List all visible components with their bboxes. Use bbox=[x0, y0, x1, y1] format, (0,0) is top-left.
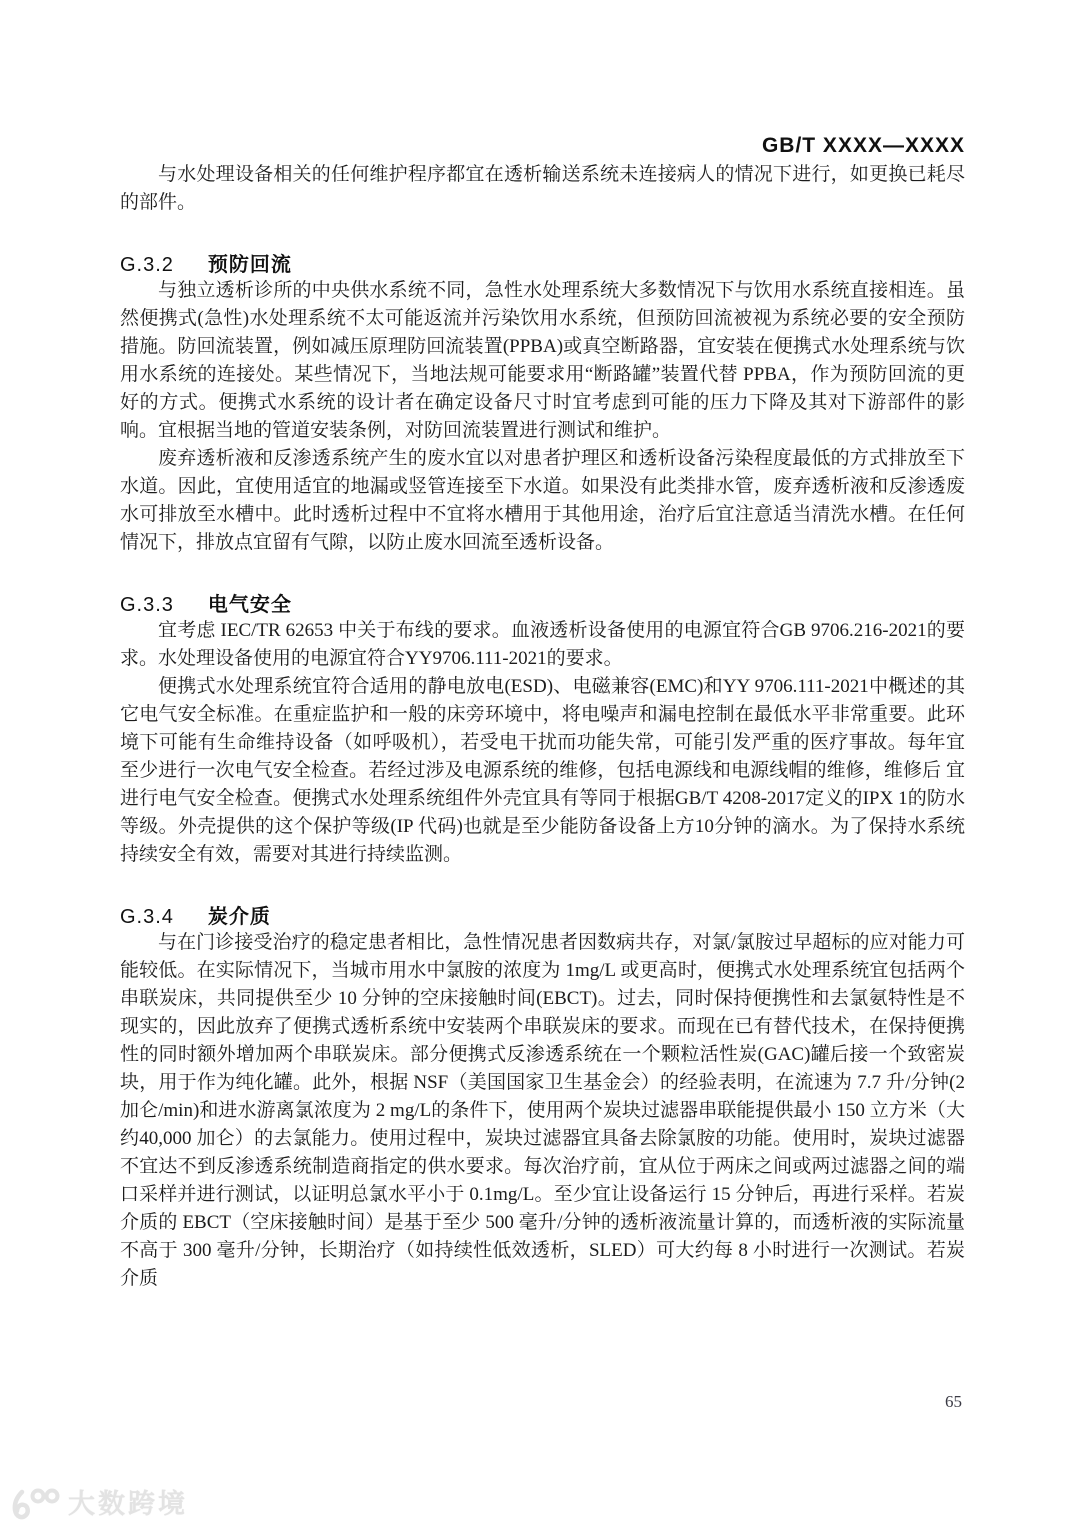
section-paragraph: 宜考虑 IEC/TR 62653 中关于布线的要求。血液透析设备使用的电源宜符合… bbox=[120, 617, 965, 673]
section-paragraph: 便携式水处理系统宜符合适用的静电放电(ESD)、电磁兼容(EMC)和YY 970… bbox=[120, 673, 965, 869]
section-heading-g33: G.3.3 电气安全 bbox=[120, 593, 965, 617]
section-title: 电气安全 bbox=[208, 593, 292, 617]
100-swoosh-logo-icon bbox=[8, 1486, 60, 1522]
section-heading-g34: G.3.4 炭介质 bbox=[120, 905, 965, 929]
watermark: 大数跨境 bbox=[8, 1486, 188, 1522]
standard-document-page: GB/T XXXX—XXXX 与水处理设备相关的任何维护程序都宜在透析输送系统未… bbox=[0, 0, 1080, 1527]
section-heading-g32: G.3.2 预防回流 bbox=[120, 253, 965, 277]
intro-paragraph: 与水处理设备相关的任何维护程序都宜在透析输送系统未连接病人的情况下进行，如更换已… bbox=[120, 161, 965, 217]
section-paragraph: 与独立透析诊所的中央供水系统不同，急性水处理系统大多数情况下与饮用水系统直接相连… bbox=[120, 277, 965, 445]
section-paragraph: 与在门诊接受治疗的稳定患者相比，急性情况患者因数病共存，对氯/氯胺过早超标的应对… bbox=[120, 929, 965, 1293]
section-number: G.3.4 bbox=[120, 905, 174, 929]
page-number: 65 bbox=[945, 1392, 962, 1412]
section-title: 炭介质 bbox=[208, 905, 271, 929]
section-paragraph: 废弃透析液和反渗透系统产生的废水宜以对患者护理区和透析设备污染程度最低的方式排放… bbox=[120, 445, 965, 557]
watermark-text: 大数跨境 bbox=[68, 1487, 188, 1521]
section-number: G.3.2 bbox=[120, 253, 174, 277]
section-number: G.3.3 bbox=[120, 593, 174, 617]
section-title: 预防回流 bbox=[208, 253, 292, 277]
document-header-code: GB/T XXXX—XXXX bbox=[120, 0, 965, 161]
page-content: GB/T XXXX—XXXX 与水处理设备相关的任何维护程序都宜在透析输送系统未… bbox=[120, 0, 965, 1293]
